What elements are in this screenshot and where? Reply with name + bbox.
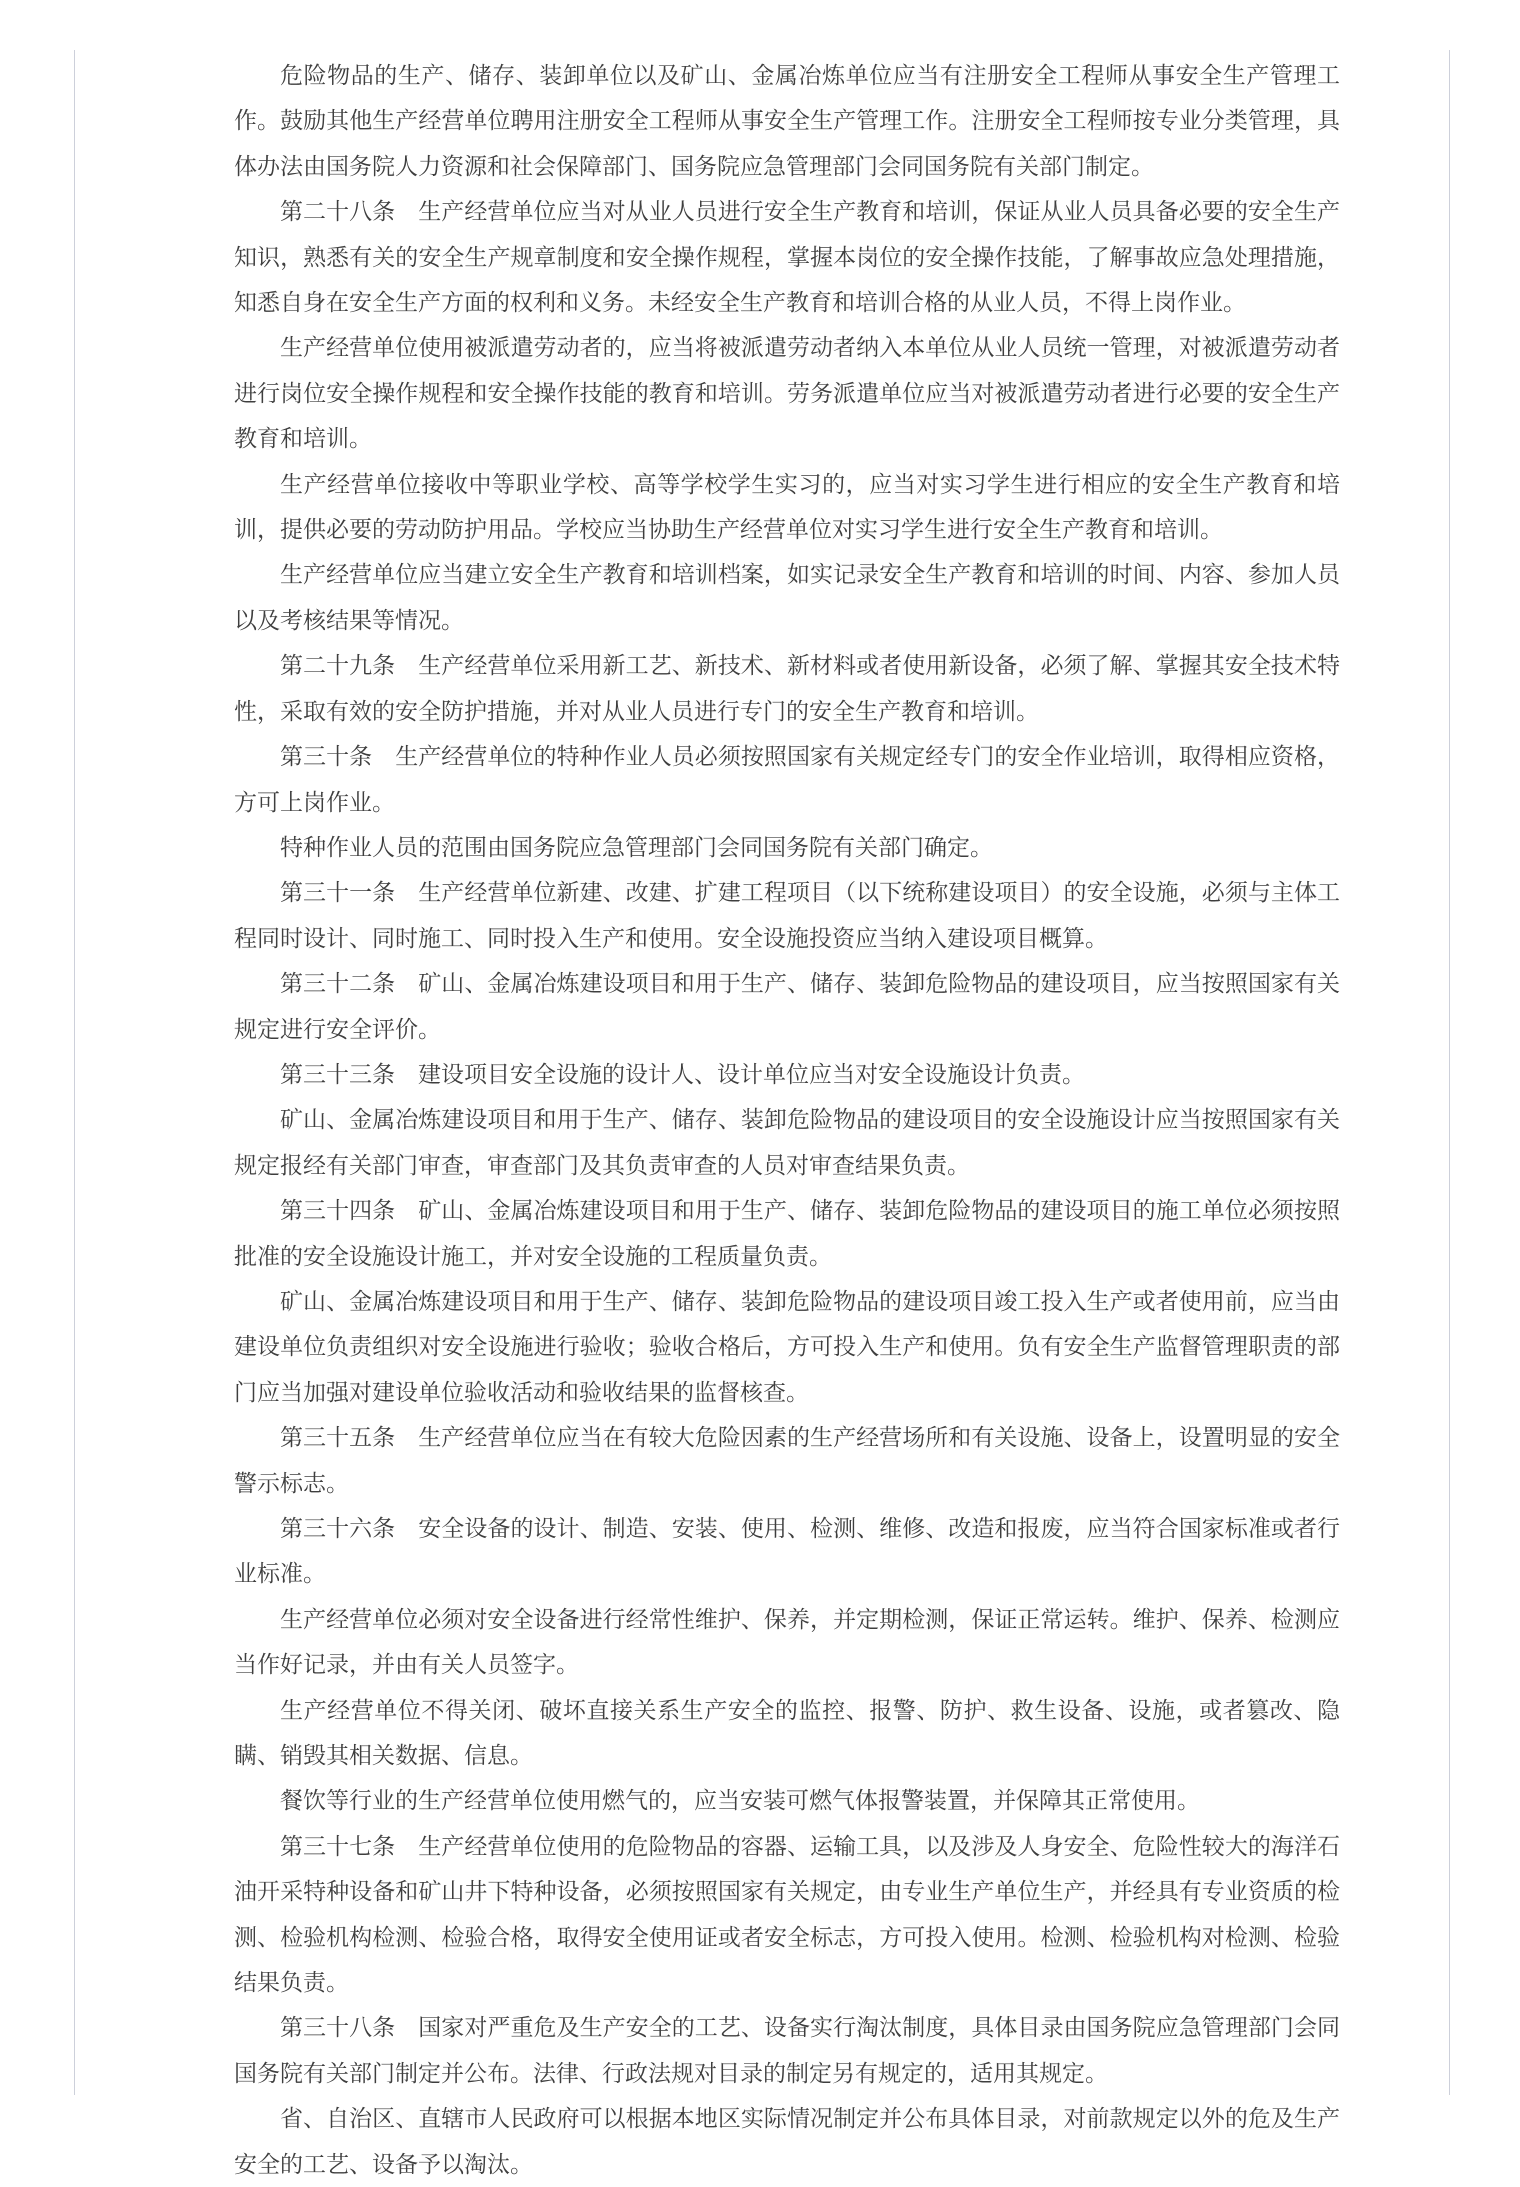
paragraph-article-29: 第二十九条 生产经营单位采用新工艺、新技术、新材料或者使用新设备，必须了解、掌握… — [234, 643, 1340, 734]
paragraph: 餐饮等行业的生产经营单位使用燃气的，应当安装可燃气体报警装置，并保障其正常使用。 — [234, 1778, 1340, 1823]
paragraph-article-33: 第三十三条 建设项目安全设施的设计人、设计单位应当对安全设施设计负责。 — [234, 1052, 1340, 1097]
paragraph-article-30: 第三十条 生产经营单位的特种作业人员必须按照国家有关规定经专门的安全作业培训，取… — [234, 734, 1340, 825]
paragraph: 矿山、金属冶炼建设项目和用于生产、储存、装卸危险物品的建设项目的安全设施设计应当… — [234, 1097, 1340, 1188]
paragraph-article-34: 第三十四条 矿山、金属冶炼建设项目和用于生产、储存、装卸危险物品的建设项目的施工… — [234, 1188, 1340, 1279]
paragraph-article-31: 第三十一条 生产经营单位新建、改建、扩建工程项目（以下统称建设项目）的安全设施，… — [234, 870, 1340, 961]
paragraph-article-38: 第三十八条 国家对严重危及生产安全的工艺、设备实行淘汰制度，具体目录由国务院应急… — [234, 2005, 1340, 2096]
paragraph: 危险物品的生产、储存、装卸单位以及矿山、金属冶炼单位应当有注册安全工程师从事安全… — [234, 53, 1340, 189]
paragraph: 生产经营单位不得关闭、破坏直接关系生产安全的监控、报警、防护、救生设备、设施，或… — [234, 1688, 1340, 1779]
paragraph: 生产经营单位使用被派遣劳动者的，应当将被派遣劳动者纳入本单位从业人员统一管理，对… — [234, 325, 1340, 461]
paragraph-article-28: 第二十八条 生产经营单位应当对从业人员进行安全生产教育和培训，保证从业人员具备必… — [234, 189, 1340, 325]
paragraph: 生产经营单位必须对安全设备进行经常性维护、保养，并定期检测，保证正常运转。维护、… — [234, 1597, 1340, 1688]
document-text: 危险物品的生产、储存、装卸单位以及矿山、金属冶炼单位应当有注册安全工程师从事安全… — [234, 53, 1340, 2150]
paragraph-article-35: 第三十五条 生产经营单位应当在有较大危险因素的生产经营场所和有关设施、设备上，设… — [234, 1415, 1340, 1506]
paragraph-article-36: 第三十六条 安全设备的设计、制造、安装、使用、检测、维修、改造和报废，应当符合国… — [234, 1506, 1340, 1597]
paragraph: 特种作业人员的范围由国务院应急管理部门会同国务院有关部门确定。 — [234, 825, 1340, 870]
paragraph-article-37: 第三十七条 生产经营单位使用的危险物品的容器、运输工具，以及涉及人身安全、危险性… — [234, 1824, 1340, 2006]
paragraph: 矿山、金属冶炼建设项目和用于生产、储存、装卸危险物品的建设项目竣工投入生产或者使… — [234, 1279, 1340, 1415]
paragraph-article-32: 第三十二条 矿山、金属冶炼建设项目和用于生产、储存、装卸危险物品的建设项目，应当… — [234, 961, 1340, 1052]
paragraph: 生产经营单位应当建立安全生产教育和培训档案，如实记录安全生产教育和培训的时间、内… — [234, 552, 1340, 643]
paragraph: 省、自治区、直辖市人民政府可以根据本地区实际情况制定并公布具体目录，对前款规定以… — [234, 2096, 1340, 2150]
paragraph: 生产经营单位接收中等职业学校、高等学校学生实习的，应当对实习学生进行相应的安全生… — [234, 462, 1340, 553]
